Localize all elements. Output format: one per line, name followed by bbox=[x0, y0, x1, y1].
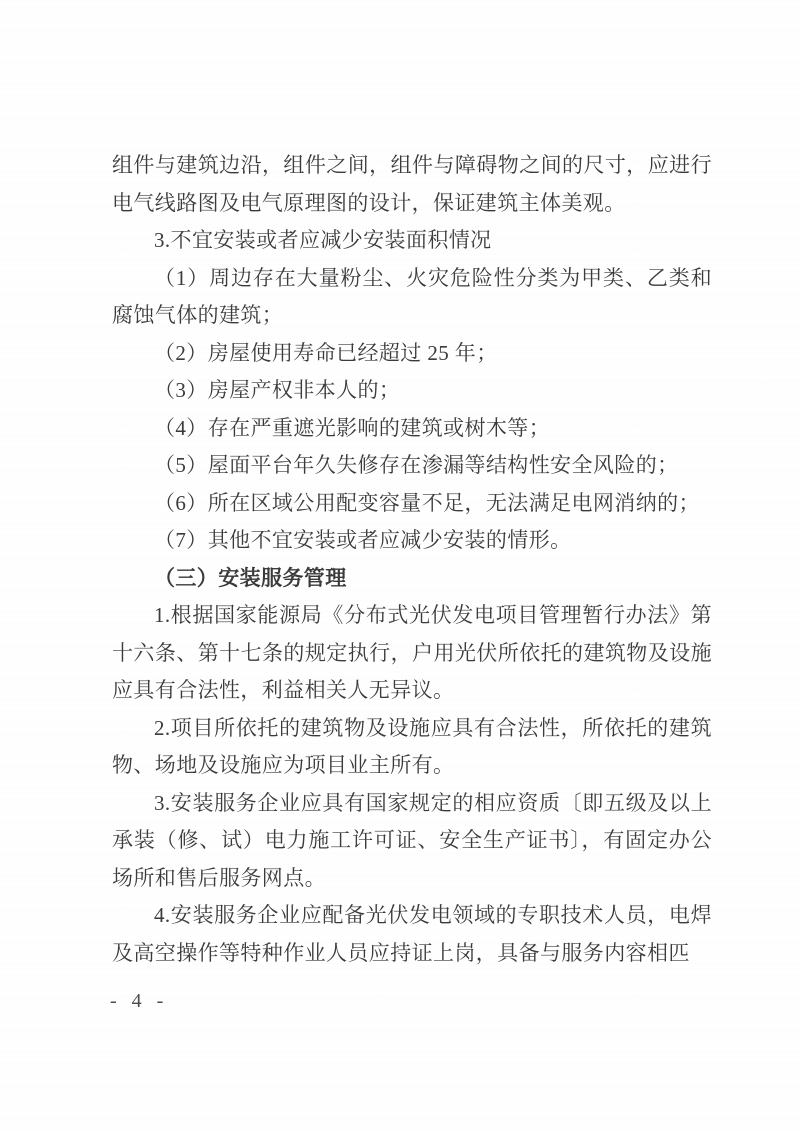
body-paragraph: （4）存在严重遮光影响的建筑或树木等； bbox=[112, 410, 712, 448]
body-paragraph: 1.根据国家能源局《分布式光伏发电项目管理暂行办法》第十六条、第十七条的规定执行… bbox=[112, 597, 712, 710]
body-paragraph: （3）房屋产权非本人的； bbox=[112, 372, 712, 410]
body-paragraph: 2.项目所依托的建筑物及设施应具有合法性，所依托的建筑物、场地及设施应为项目业主… bbox=[112, 710, 712, 785]
body-paragraph: （1）周边存在大量粉尘、火灾危险性分类为甲类、乙类和腐蚀气体的建筑； bbox=[112, 260, 712, 335]
body-paragraph-continuation: 组件与建筑边沿，组件之间，组件与障碍物之间的尺寸，应进行电气线路图及电气原理图的… bbox=[112, 147, 712, 222]
body-paragraph: 4.安装服务企业应配备光伏发电领域的专职技术人员，电焊及高空操作等特种作业人员应… bbox=[112, 897, 712, 972]
body-paragraph: 3.不宜安装或者应减少安装面积情况 bbox=[112, 222, 712, 260]
body-paragraph: （5）屋面平台年久失修存在渗漏等结构性安全风险的； bbox=[112, 447, 712, 485]
document-page: 组件与建筑边沿，组件之间，组件与障碍物之间的尺寸，应进行电气线路图及电气原理图的… bbox=[0, 0, 800, 1130]
section-heading: （三）安装服务管理 bbox=[112, 560, 712, 598]
page-number: - 4 - bbox=[110, 990, 168, 1013]
body-paragraph: （6）所在区域公用配变容量不足，无法满足电网消纳的； bbox=[112, 485, 712, 523]
document-body: 组件与建筑边沿，组件之间，组件与障碍物之间的尺寸，应进行电气线路图及电气原理图的… bbox=[112, 147, 712, 972]
body-paragraph: （7）其他不宜安装或者应减少安装的情形。 bbox=[112, 522, 712, 560]
body-paragraph: 3.安装服务企业应具有国家规定的相应资质〔即五级及以上承装（修、试）电力施工许可… bbox=[112, 785, 712, 898]
body-paragraph: （2）房屋使用寿命已经超过 25 年； bbox=[112, 335, 712, 373]
